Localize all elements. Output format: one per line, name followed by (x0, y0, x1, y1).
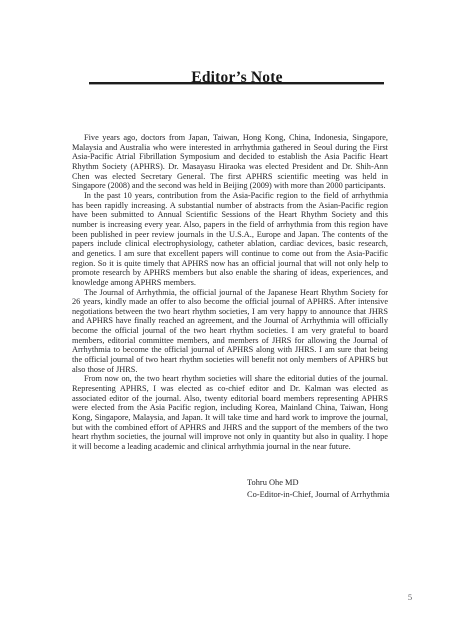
signature-block: Tohru Ohe MD Co-Editor-in-Chief, Journal… (247, 477, 390, 500)
page-number: 5 (402, 592, 418, 602)
paragraph-2: In the past 10 years, contribution from … (72, 191, 388, 288)
paragraph-4: From now on, the two heart rhythm societ… (72, 374, 388, 451)
editor-note-body: Five years ago, doctors from Japan, Taiw… (72, 133, 388, 452)
paragraph-1: Five years ago, doctors from Japan, Taiw… (72, 133, 388, 191)
paragraph-3: The Journal of Arrhythmia, the official … (72, 288, 388, 375)
journal-page: Editor’s Note Five years ago, doctors fr… (0, 0, 474, 632)
title-rule (89, 82, 384, 85)
signature-name: Tohru Ohe MD (247, 477, 390, 489)
signature-role: Co-Editor-in-Chief, Journal of Arrhythmi… (247, 489, 390, 501)
